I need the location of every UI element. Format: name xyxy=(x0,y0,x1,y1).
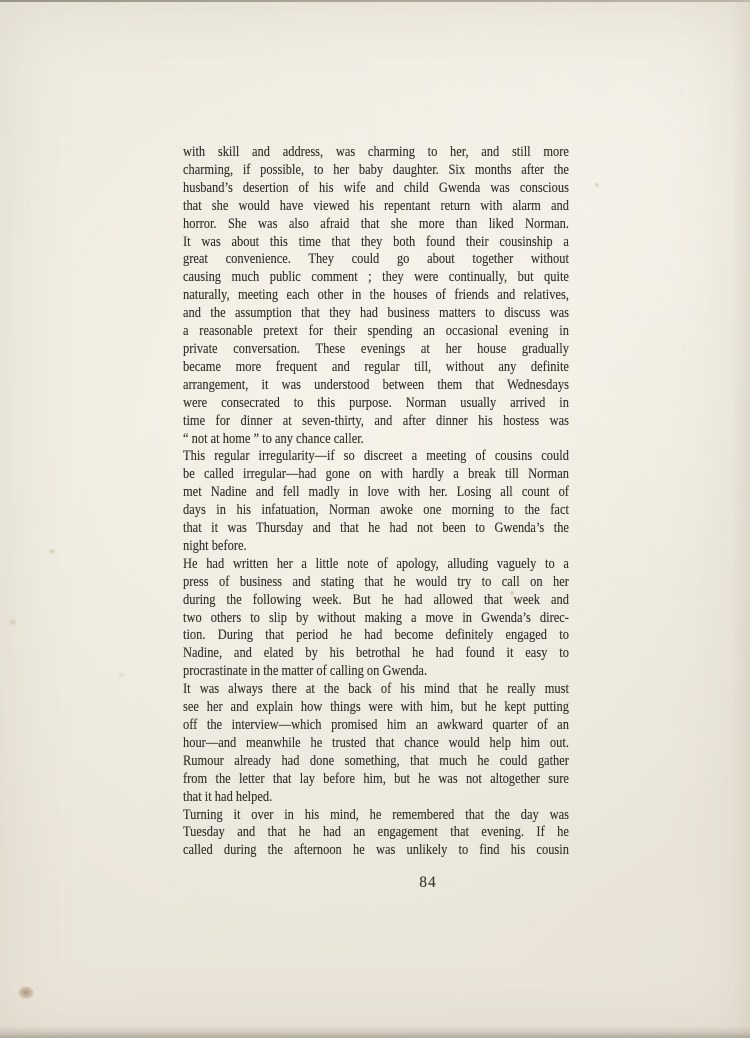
text-line: This regular irregularity—if so discreet… xyxy=(183,448,569,466)
text-line: hour—and meanwhile he trusted that chanc… xyxy=(183,735,569,753)
foxing-spot xyxy=(48,548,56,555)
text-line: private conversation. These evenings at … xyxy=(183,341,569,359)
text-line: off the interview—which promised him an … xyxy=(183,717,569,735)
text-line: called during the afternoon he was unlik… xyxy=(183,842,569,860)
text-line: see her and explain how things were with… xyxy=(183,699,569,717)
text-line: Turning it over in his mind, he remember… xyxy=(183,807,569,825)
text-line: two others to slip by without making a m… xyxy=(183,610,569,628)
text-line: a reasonable pretext for their spending … xyxy=(183,323,569,341)
page-number: 84 xyxy=(402,874,454,892)
text-line: became more frequent and regular till, w… xyxy=(183,359,569,377)
foxing-spot xyxy=(118,672,125,678)
page-bottom-edge xyxy=(0,1026,750,1038)
text-line: It was about this time that they both fo… xyxy=(183,234,569,252)
text-line: tion. During that period he had become d… xyxy=(183,627,569,645)
text-line: husband’s desertion of his wife and chil… xyxy=(183,180,569,198)
text-line: naturally, meeting each other in the hou… xyxy=(183,287,569,305)
text-line: causing much public comment ; they were … xyxy=(183,269,569,287)
text-line: that she would have viewed his repentant… xyxy=(183,198,569,216)
text-line: press of business and stating that he wo… xyxy=(183,574,569,592)
text-line: “ not at home ” to any chance caller. xyxy=(183,431,569,449)
text-line: Tuesday and that he had an engagement th… xyxy=(183,824,569,842)
text-line: met Nadine and fell madly in love with h… xyxy=(183,484,569,502)
foxing-spot xyxy=(8,618,17,626)
text-line: were consecrated to this purpose. Norman… xyxy=(183,395,569,413)
text-line: It was always there at the back of his m… xyxy=(183,681,569,699)
text-line: be called irregular—had gone on with har… xyxy=(183,466,569,484)
text-line: that it was Thursday and that he had not… xyxy=(183,520,569,538)
text-line: great convenience. They could go about t… xyxy=(183,251,569,269)
page-top-edge xyxy=(0,0,750,2)
text-line: procrastinate in the matter of calling o… xyxy=(183,663,569,681)
text-line: time for dinner at seven-thirty, and aft… xyxy=(183,413,569,431)
page-right-edge xyxy=(732,0,750,1038)
text-line: Nadine, and elated by his betrothal he h… xyxy=(183,645,569,663)
text-line: night before. xyxy=(183,538,569,556)
foxing-spot xyxy=(18,986,34,999)
text-line: charming, if possible, to her baby daugh… xyxy=(183,162,569,180)
text-line: Rumour already had done something, that … xyxy=(183,753,569,771)
foxing-spot xyxy=(594,182,600,188)
text-line: and the assumption that they had busines… xyxy=(183,305,569,323)
text-line: horror. She was also afraid that she mor… xyxy=(183,216,569,234)
text-line: He had written her a little note of apol… xyxy=(183,556,569,574)
text-line: days in his infatuation, Norman awoke on… xyxy=(183,502,569,520)
text-line: that it had helped. xyxy=(183,789,569,807)
book-page: with skill and address, was charming to … xyxy=(0,0,750,1038)
body-text: with skill and address, was charming to … xyxy=(183,144,569,860)
text-line: during the following week. But he had al… xyxy=(183,592,569,610)
text-line: from the letter that lay before him, but… xyxy=(183,771,569,789)
text-line: with skill and address, was charming to … xyxy=(183,144,569,162)
text-line: arrangement, it was understood between t… xyxy=(183,377,569,395)
